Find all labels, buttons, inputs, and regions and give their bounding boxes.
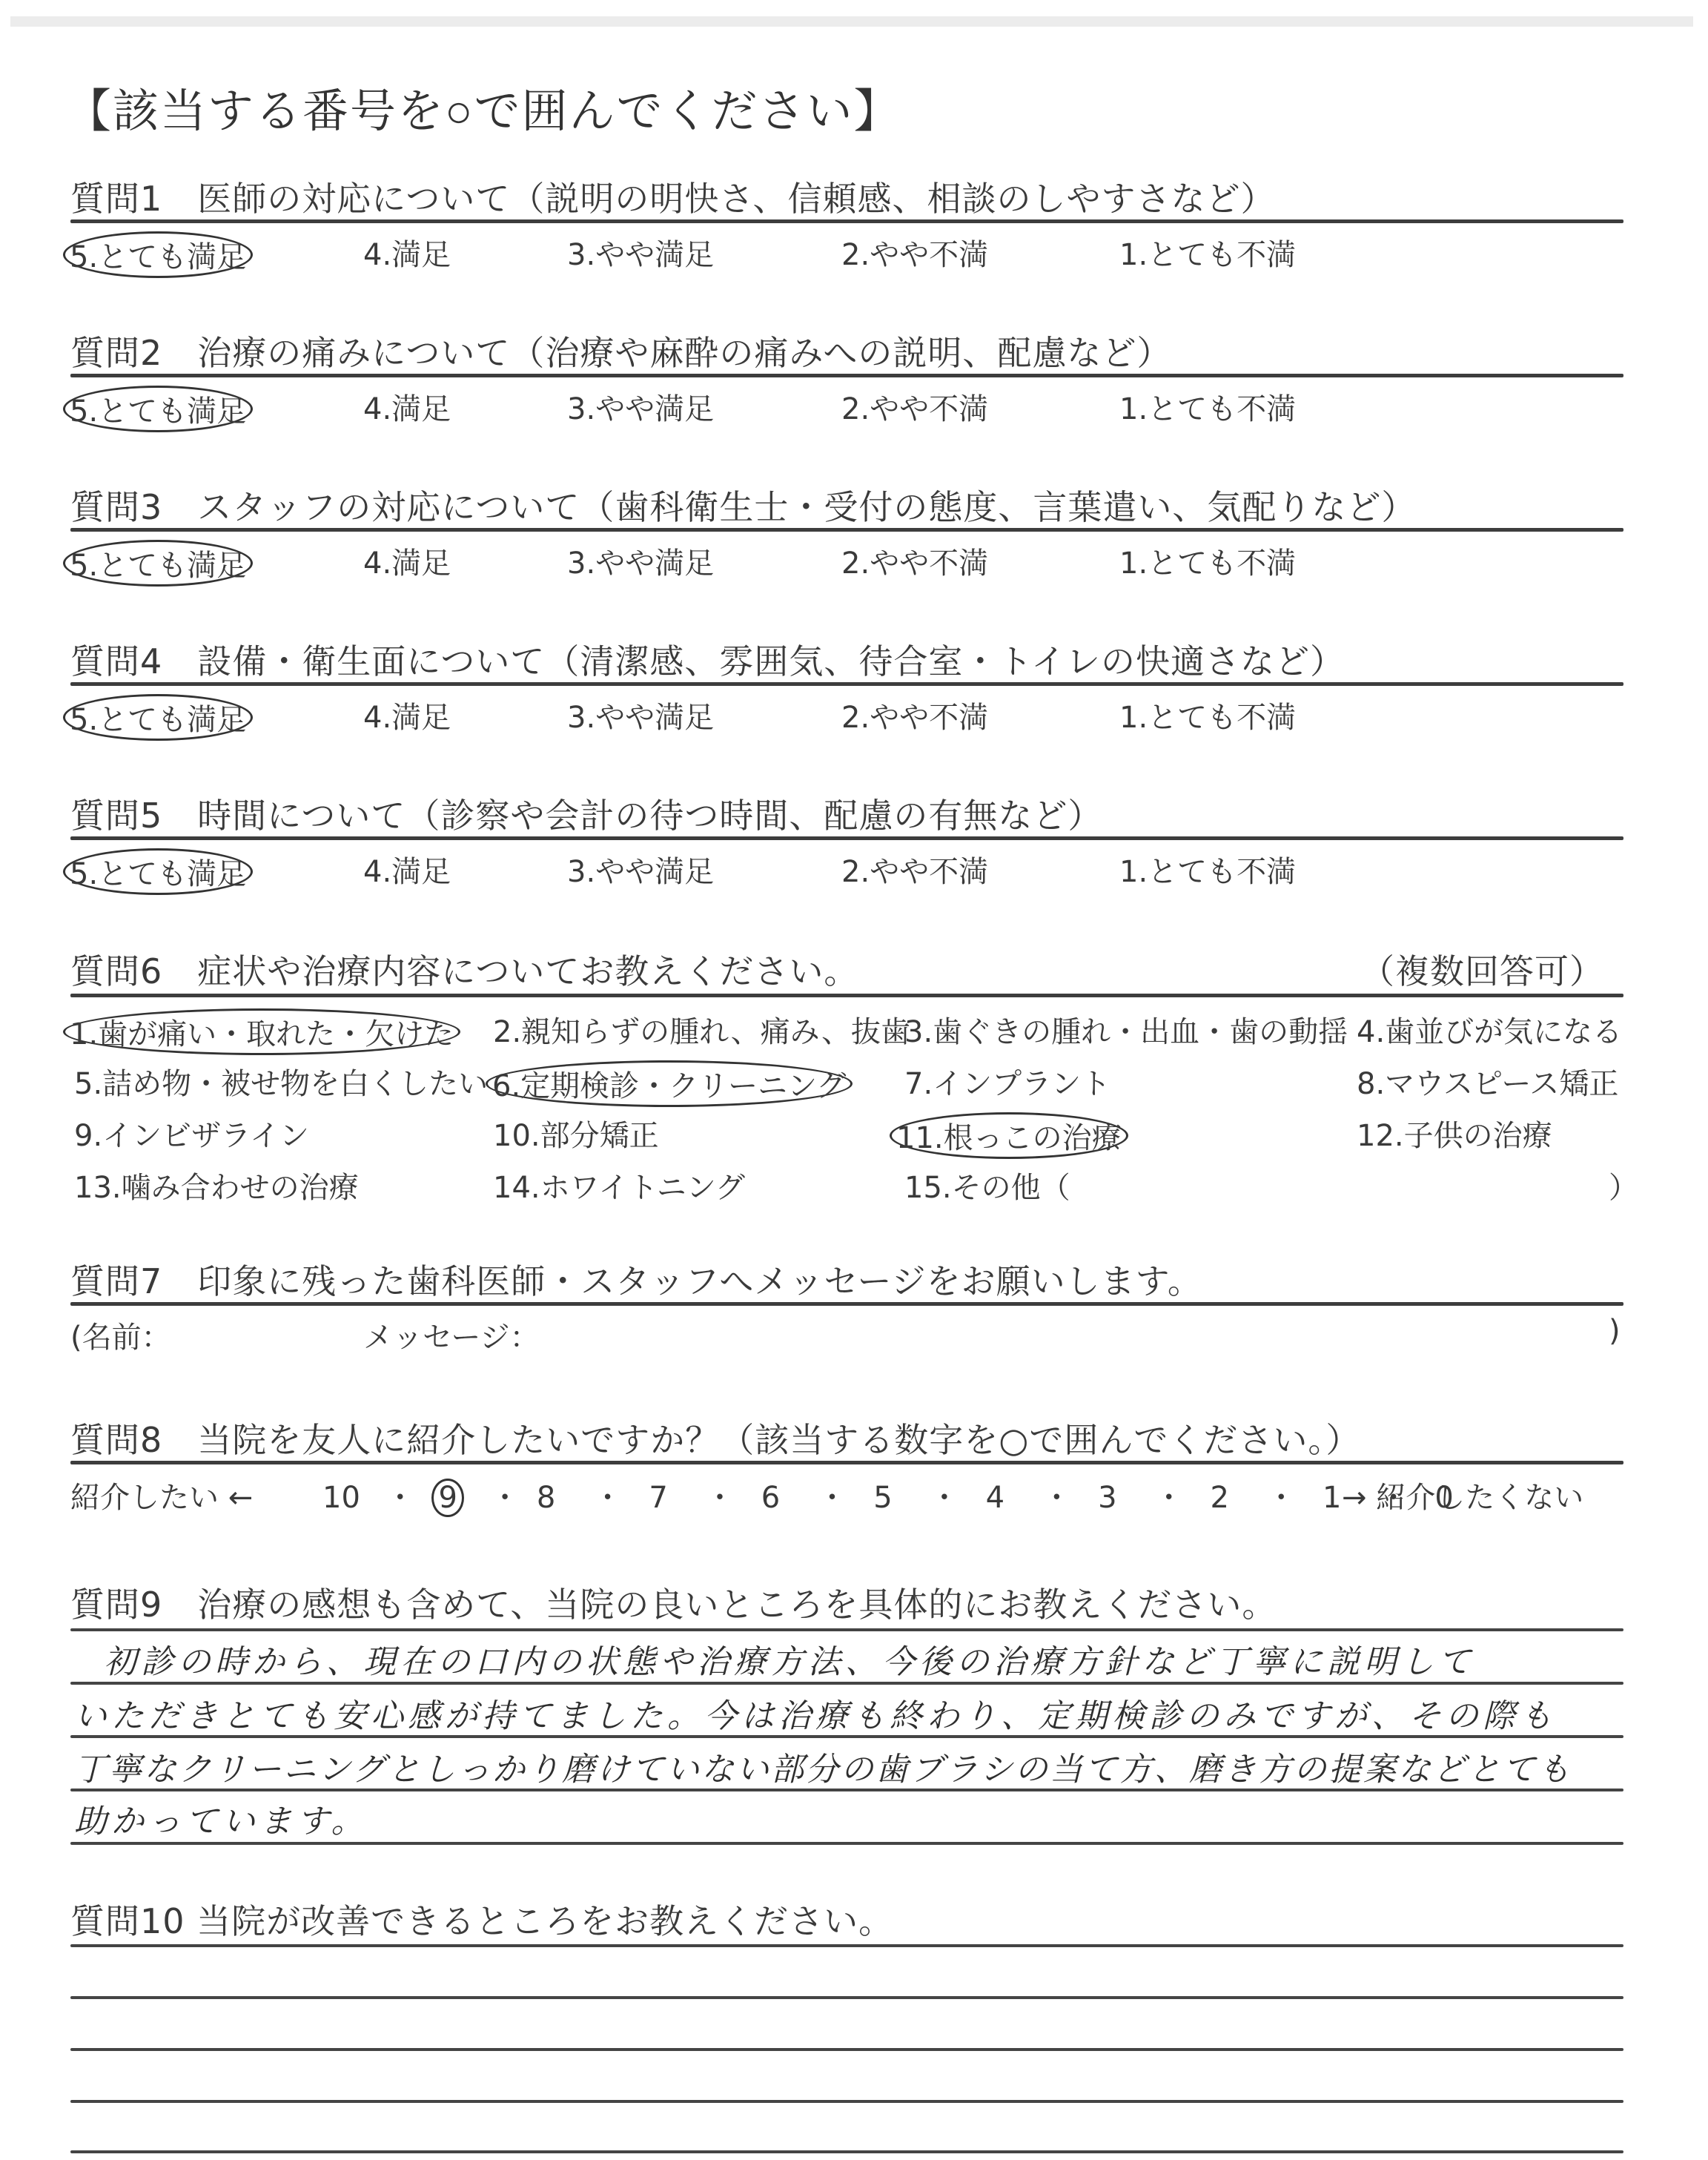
page-title: 【該当する番号を○で囲んでください】 bbox=[65, 74, 901, 140]
q1-option-5[interactable]: 5.とても満足 bbox=[70, 231, 253, 278]
question-5-title: 質問5 時間について（診察や会計の待つ時間、配慮の有無など） bbox=[70, 789, 1102, 838]
scale-7[interactable]: 7 bbox=[649, 1481, 678, 1515]
separator: ・ bbox=[913, 1474, 976, 1516]
q3-option-2[interactable]: 2.やや不満 bbox=[841, 540, 988, 582]
question-8-title: 質問8 当院を友人に紹介したいですか？（該当する数字を○で囲んでください。） bbox=[70, 1413, 1360, 1462]
q5-option-2[interactable]: 2.やや不満 bbox=[841, 848, 988, 891]
q2-option-5[interactable]: 5.とても満足 bbox=[70, 386, 253, 432]
multiple-answer-note: （複数回答可） bbox=[1360, 945, 1604, 994]
q5-option-1[interactable]: 1.とても不満 bbox=[1119, 848, 1296, 891]
q4-option-3[interactable]: 3.やや満足 bbox=[567, 694, 714, 736]
q6-item-10[interactable]: 10.部分矯正 bbox=[493, 1112, 659, 1155]
handwritten-answer-line-2[interactable]: いただきとても安心感が持てました。今は治療も終わり、定期検診のみですが、その際も bbox=[74, 1689, 1557, 1737]
q6-item-6[interactable]: 6.定期検診・クリーニング bbox=[493, 1060, 853, 1107]
scale-10[interactable]: 10 bbox=[322, 1481, 368, 1515]
question-4-title: 質問4 設備・衛生面について（清潔感、雰囲気、待合室・トイレの快適さなど） bbox=[70, 635, 1345, 684]
q6-item-1[interactable]: 1.歯が痛い・取れた・欠けた bbox=[70, 1008, 460, 1055]
answer-line[interactable] bbox=[70, 1944, 1623, 1947]
answer-line bbox=[70, 1789, 1623, 1791]
q1-option-2[interactable]: 2.やや不満 bbox=[841, 231, 988, 274]
q3-option-4[interactable]: 4.満足 bbox=[363, 540, 451, 582]
answer-line[interactable] bbox=[70, 1996, 1623, 1999]
q4-option-5[interactable]: 5.とても満足 bbox=[70, 694, 253, 741]
handwritten-answer-line-3[interactable]: 丁寧なクリーニングとしっかり磨けていない部分の歯ブラシの当て方、磨き方の提案など… bbox=[74, 1743, 1572, 1790]
q2-option-1[interactable]: 1.とても不満 bbox=[1119, 386, 1296, 428]
q4-option-4[interactable]: 4.満足 bbox=[363, 694, 451, 736]
q6-item-13[interactable]: 13.噛み合わせの治療 bbox=[74, 1164, 359, 1206]
separator: ・ bbox=[483, 1474, 527, 1516]
q2-option-4[interactable]: 4.満足 bbox=[363, 386, 451, 428]
q2-option-2[interactable]: 2.やや不満 bbox=[841, 386, 988, 428]
divider bbox=[70, 374, 1623, 377]
q6-item-15-other[interactable]: 15.その他（ bbox=[904, 1164, 1070, 1206]
q6-item-2[interactable]: 2.親知らずの腫れ、痛み、抜歯 bbox=[493, 1008, 910, 1051]
selected-circle: 5.とても満足 bbox=[63, 694, 253, 741]
q6-item-11[interactable]: 11.根っこの治療 bbox=[897, 1112, 1128, 1159]
question-3-title: 質問3 スタッフの対応について（歯科衛生士・受付の態度、言葉遣い、気配りなど） bbox=[70, 480, 1416, 529]
question-2-title: 質問2 治療の痛みについて（治療や麻酔の痛みへの説明、配慮など） bbox=[70, 326, 1171, 375]
answer-line bbox=[70, 1842, 1623, 1845]
separator: ・ bbox=[576, 1474, 640, 1516]
answer-line[interactable] bbox=[70, 2150, 1623, 2153]
scale-4[interactable]: 4 bbox=[986, 1481, 1016, 1515]
selected-circle: 9 bbox=[431, 1479, 463, 1517]
q1-option-1[interactable]: 1.とても不満 bbox=[1119, 231, 1296, 274]
divider bbox=[70, 836, 1623, 840]
close-paren: ) bbox=[1609, 1314, 1621, 1348]
q3-option-1[interactable]: 1.とても不満 bbox=[1119, 540, 1296, 582]
answer-line[interactable] bbox=[70, 2100, 1623, 2103]
q1-option-3[interactable]: 3.やや満足 bbox=[567, 231, 714, 274]
selected-circle: 5.とても満足 bbox=[63, 231, 253, 278]
q6-item-14[interactable]: 14.ホワイトニング bbox=[493, 1164, 745, 1206]
q6-item-8[interactable]: 8.マウスピース矯正 bbox=[1357, 1060, 1618, 1103]
q3-option-5[interactable]: 5.とても満足 bbox=[70, 540, 253, 587]
answer-line[interactable] bbox=[70, 2048, 1623, 2051]
recommend-left-label: 紹介したい ← bbox=[70, 1474, 253, 1516]
question-7-title: 質問7 印象に残った歯科医師・スタッフへメッセージをお願いします。 bbox=[70, 1255, 1202, 1304]
q6-item-7[interactable]: 7.インプラント bbox=[904, 1060, 1110, 1103]
separator: ・ bbox=[1249, 1474, 1313, 1516]
divider bbox=[70, 994, 1623, 997]
separator: ・ bbox=[1025, 1474, 1088, 1516]
q3-option-3[interactable]: 3.やや満足 bbox=[567, 540, 714, 582]
q1-option-4[interactable]: 4.満足 bbox=[363, 231, 451, 274]
q6-item-12[interactable]: 12.子供の治療 bbox=[1357, 1112, 1552, 1155]
name-field-label[interactable]: (名前： bbox=[70, 1314, 171, 1356]
handwritten-answer-line-4[interactable]: 助かっています。 bbox=[74, 1794, 368, 1842]
message-field-label[interactable]: メッセージ： bbox=[363, 1314, 540, 1356]
divider bbox=[70, 219, 1623, 223]
scale-6[interactable]: 6 bbox=[761, 1481, 791, 1515]
q5-option-5[interactable]: 5.とても満足 bbox=[70, 848, 253, 895]
answer-line bbox=[70, 1682, 1623, 1685]
q6-item-5[interactable]: 5.詰め物・被せ物を白くしたい bbox=[74, 1060, 488, 1103]
question-9-title: 質問9 治療の感想も含めて、当院の良いところを具体的にお教えください。 bbox=[70, 1578, 1277, 1627]
answer-line bbox=[70, 1735, 1623, 1738]
q2-option-3[interactable]: 3.やや満足 bbox=[567, 386, 714, 428]
question-6-title: 質問6 症状や治療内容についてお教えください。 bbox=[70, 945, 858, 994]
separator: ・ bbox=[688, 1474, 752, 1516]
q6-item-4[interactable]: 4.歯並びが気になる bbox=[1357, 1008, 1622, 1051]
separator: ・ bbox=[378, 1474, 423, 1516]
scale-5[interactable]: 5 bbox=[873, 1481, 903, 1515]
scan-edge bbox=[10, 16, 1693, 27]
recommend-scale: 10 ・ 9 ・ 8 ・ 7 ・ 6 ・ 5 ・ 4 ・ 3 ・ 2 ・ 1 ・… bbox=[322, 1474, 1464, 1517]
scale-3[interactable]: 3 bbox=[1098, 1481, 1128, 1515]
question-1-title: 質問1 医師の対応について（説明の明快さ、信頼感、相談のしやすさなど） bbox=[70, 172, 1276, 221]
q5-option-3[interactable]: 3.やや満足 bbox=[567, 848, 714, 891]
divider bbox=[70, 1461, 1623, 1464]
separator: ・ bbox=[800, 1474, 864, 1516]
selected-circle: 1.歯が痛い・取れた・欠けた bbox=[63, 1008, 460, 1055]
selected-circle: 6.定期検診・クリーニング bbox=[486, 1060, 853, 1107]
q6-item-3[interactable]: 3.歯ぐきの腫れ・出血・歯の動揺 bbox=[904, 1008, 1348, 1051]
question-10-title: 質問10 当院が改善できるところをお教えください。 bbox=[70, 1895, 893, 1943]
selected-circle: 5.とても満足 bbox=[63, 386, 253, 432]
scale-8[interactable]: 8 bbox=[537, 1481, 566, 1515]
q5-option-4[interactable]: 4.満足 bbox=[363, 848, 451, 891]
scale-9[interactable]: 9 bbox=[431, 1479, 473, 1517]
answer-line bbox=[70, 1628, 1623, 1631]
selected-circle: 11.根っこの治療 bbox=[890, 1112, 1128, 1159]
q4-option-1[interactable]: 1.とても不満 bbox=[1119, 694, 1296, 736]
selected-circle: 5.とても満足 bbox=[63, 540, 253, 587]
handwritten-answer-line-1[interactable]: 初診の時から、現在の口内の状態や治療方法、今後の治療方針など丁寧に説明して bbox=[104, 1635, 1475, 1682]
divider bbox=[70, 528, 1623, 532]
scale-2[interactable]: 2 bbox=[1211, 1481, 1240, 1515]
separator: ・ bbox=[1137, 1474, 1201, 1516]
other-close-paren: ） bbox=[1609, 1164, 1638, 1206]
recommend-right-label: → 紹介したくない bbox=[1342, 1474, 1583, 1516]
divider bbox=[70, 1302, 1623, 1306]
divider bbox=[70, 682, 1623, 686]
q4-option-2[interactable]: 2.やや不満 bbox=[841, 694, 988, 736]
selected-circle: 5.とても満足 bbox=[63, 848, 253, 895]
q6-item-9[interactable]: 9.インビザライン bbox=[74, 1112, 309, 1155]
